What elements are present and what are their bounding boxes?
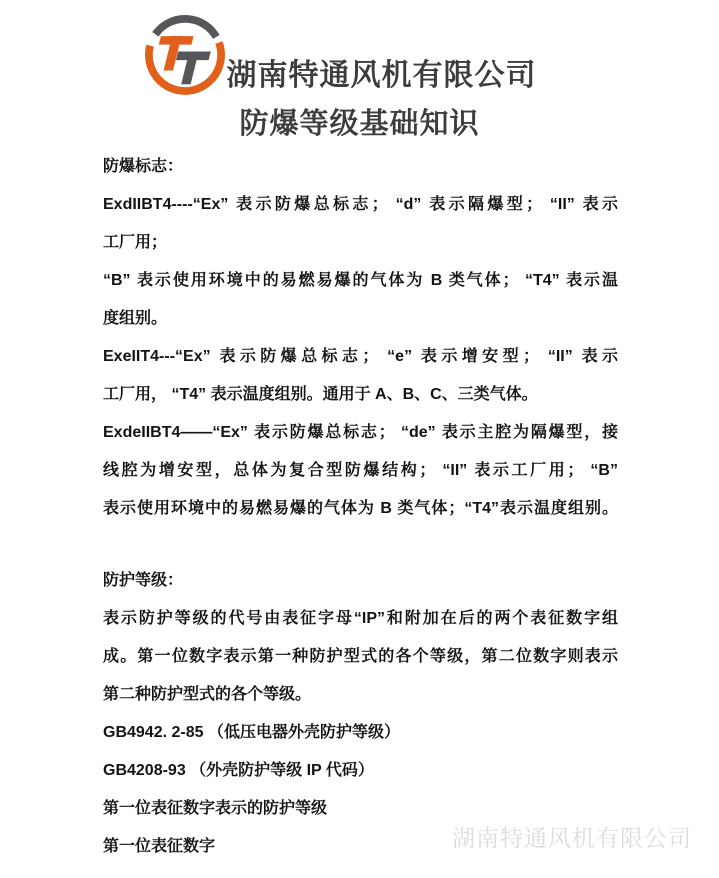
body-line: ExdIIBT4----“Ex” 表示防爆总标志； “d” 表示隔爆型； “II… xyxy=(103,186,618,224)
body-line: 线腔为增安型，总体为复合型防爆结构； “II” 表示工厂用； “B” xyxy=(103,452,618,490)
body-line: ExdeIIBT4——“Ex” 表示防爆总标志； “de” 表示主腔为隔爆型，接 xyxy=(103,414,618,452)
document-page: { "header": { "company_title": "湖南特通风机有限… xyxy=(0,0,719,878)
section-divider-space xyxy=(103,528,618,562)
body-line: “B” 表示使用环境中的易燃易爆的气体为 B 类气体； “T4” 表示温 xyxy=(103,262,618,300)
body-line: 第二种防护型式的各个等级。 xyxy=(103,676,618,714)
body-line: 度组别。 xyxy=(103,300,618,338)
body-line: 工厂用， “T4” 表示温度组别。通用于 A、B、C、三类气体。 xyxy=(103,376,618,414)
standard-ref-gb4208: GB4208-93 （外壳防护等级 IP 代码） xyxy=(103,752,618,790)
heading-protection-grade: 防护等级： xyxy=(103,562,618,600)
logo-ring-gray-arc xyxy=(155,19,216,37)
standard-ref-gb4942: GB4942. 2-85 （低压电器外壳防护等级） xyxy=(103,714,618,752)
body-line: ExeIIT4---“Ex” 表示防爆总标志； “e” 表示增安型； “II” … xyxy=(103,338,618,376)
body-line: 工厂用； xyxy=(103,224,618,262)
heading-explosion-proof-mark: 防爆标志： xyxy=(103,148,618,186)
company-title: 湖南特通风机有限公司 xyxy=(0,50,719,94)
body-line: 表示防护等级的代号由表征字母“IP”和附加在后的两个表征数字组 xyxy=(103,600,618,638)
body-line: 表示使用环境中的易燃易爆的气体为 B 类气体；“T4”表示温度组别。 xyxy=(103,490,618,528)
page-title: 防爆等级基础知识 xyxy=(0,101,719,142)
watermark: 湖南特通风机有限公司 xyxy=(452,820,692,853)
document-body: 防爆标志： ExdIIBT4----“Ex” 表示防爆总标志； “d” 表示隔爆… xyxy=(103,148,618,866)
body-line: 成。第一位数字表示第一种防护型式的各个等级，第二位数字则表示 xyxy=(103,638,618,676)
